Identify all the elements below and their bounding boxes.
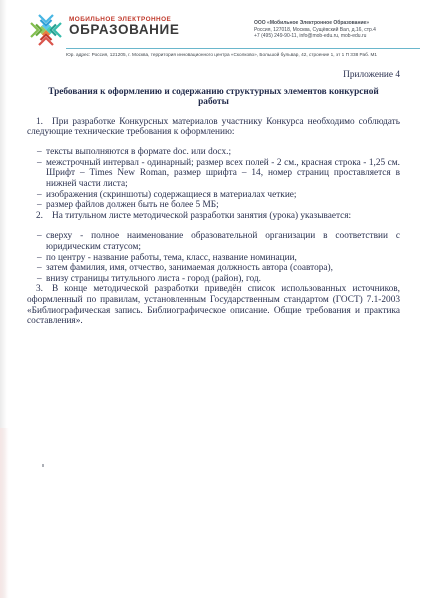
brand-line-2: ОБРАЗОВАНИЕ [69,23,179,37]
list-item-text: тексты выполняются в формате doc. или do… [46,147,231,157]
dash-bullet: – [37,147,46,158]
dash-bullet: – [37,190,46,201]
dash-bullet: – [37,253,46,264]
scanned-document-page: МОБИЛЬНОЕ ЭЛЕКТРОННОЕ ОБРАЗОВАНИЕ ООО «М… [0,0,423,598]
dash-bullet: – [37,158,46,169]
list-item-text: по центру - название работы, тема, класс… [46,253,297,263]
paragraph-2-text: На титульном листе методической разработ… [52,211,351,221]
dash-bullet: – [37,274,46,285]
list-item: –изображения (скриншоты) содержащиеся в … [27,190,400,201]
paragraph-3: 3.В конце методической разработки привед… [27,284,400,326]
list-item-text: межстрочный интервал - одинарный; размер… [46,158,400,189]
appendix-label: Приложение 4 [27,70,400,81]
scan-speck [42,464,44,467]
list-item: –внизу страницы титульного листа - город… [27,274,400,285]
paragraph-2: 2.На титульном листе методической разраб… [27,211,400,222]
title-page-list: –сверху - полное наименование образовате… [27,231,400,284]
list-item-text: размер файлов должен быть не более 5 МБ; [46,200,219,210]
company-phone-email: +7 (495) 249-90-11, info@mob-edu.ru, mob… [254,33,420,40]
paragraph-3-text: В конце методической разработки приведён… [27,284,400,326]
company-name: ООО «Мобильное Электронное Образование» [254,20,420,27]
list-item-text: сверху - полное наименование образовател… [46,231,400,252]
header-divider [66,48,420,49]
list-item: –сверху - полное наименование образовате… [27,231,400,252]
list-item-text: изображения (скриншоты) содержащиеся в м… [46,190,297,200]
requirements-list: –тексты выполняются в формате doc. или d… [27,147,400,211]
list-item: –по центру - название работы, тема, клас… [27,253,400,264]
brand-wordmark: МОБИЛЬНОЕ ЭЛЕКТРОННОЕ ОБРАЗОВАНИЕ [69,16,179,37]
document-title: Требования к оформлению и содержанию стр… [41,87,386,108]
scan-corner-tint [0,428,9,598]
contact-block: ООО «Мобильное Электронное Образование» … [254,20,420,40]
document-body: Приложение 4 Требования к оформлению и с… [27,70,400,336]
paragraph-2-number: 2. [36,211,52,222]
paragraph-1-text: При разработке Конкурсных материалов уча… [27,117,400,138]
dash-bullet: – [37,231,46,242]
company-address: Россия, 127018, Москва, Сущёвский Вал, д… [254,27,420,34]
paragraph-1: 1.При разработке Конкурсных материалов у… [27,117,400,138]
list-item: –тексты выполняются в формате doc. или d… [27,147,400,158]
list-item-text: внизу страницы титульного листа - город … [46,274,261,284]
legal-address: Юр. адрес: Россия, 121205, г. Москва, те… [66,52,422,57]
paragraph-3-number: 3. [36,284,52,295]
dash-bullet: – [37,263,46,274]
list-item: –межстрочный интервал - одинарный; разме… [27,158,400,190]
paragraph-1-number: 1. [36,117,52,128]
list-item: –затем фамилия, имя, отчество, занимаема… [27,263,400,274]
list-item-text: затем фамилия, имя, отчество, занимаемая… [46,263,333,273]
meo-logo-icon [29,12,63,48]
list-item: –размер файлов должен быть не более 5 МБ… [27,200,400,211]
dash-bullet: – [37,200,46,211]
